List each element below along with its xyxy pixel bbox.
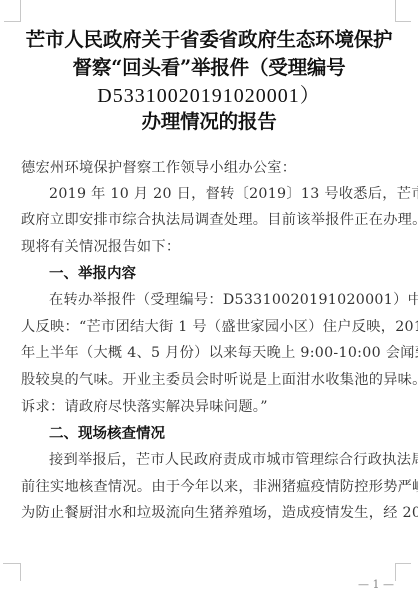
crop-mark-bottom-right-v — [395, 563, 396, 581]
crop-mark-bottom-left-v — [20, 563, 21, 581]
section2-line: 为防止餐厨泔水和垃圾流向生猪养殖场，造成疫情发生，经 2019 — [21, 502, 397, 522]
section-heading-1: 一、举报内容 — [49, 262, 136, 283]
intro-line: 现将有关情况报告如下： — [21, 236, 397, 256]
section-heading-2: 二、现场核查情况 — [49, 422, 165, 443]
section1-line: 人反映：“芒市团结大街 1 号（盛世家园小区）住户反映，2019 — [21, 316, 397, 336]
section1-line: 股较臭的气味。开业主委员会时听说是上面泔水收集池的异味。 — [21, 369, 397, 389]
document-title-line-2: 督察“回头看”举报件（受理编号 — [0, 52, 418, 80]
crop-mark-top-right-h — [395, 21, 411, 22]
salutation: 德宏州环境保护督察工作领导小组办公室： — [21, 157, 397, 177]
section1-line: 在转办举报件（受理编号：D53310020191020001）中，来电 — [49, 289, 396, 309]
section1-line: 年上半年（大概 4、5 月份）以来每天晚上 9:00-10:00 会闻到一 — [21, 342, 397, 362]
document-title-line-1: 芒市人民政府关于省委省政府生态环境保护 — [0, 24, 418, 52]
crop-mark-bottom-left-h — [3, 563, 21, 564]
crop-mark-top-right-v — [395, 0, 396, 21]
section1-line: 诉求：请政府尽快落实解决异味问题。” — [21, 396, 397, 416]
document-title-line-3: D53310020191020001） — [0, 79, 418, 108]
crop-mark-bottom-right-h — [395, 563, 411, 564]
intro-line: 2019 年 10 月 20 日，督转〔2019〕13 号收悉后，芒市人民 — [49, 183, 396, 203]
section2-line: 前往实地核查情况。由于今年以来，非洲猪瘟疫情防控形势严峻， — [21, 476, 397, 496]
section2-line: 接到举报后，芒市人民政府责成市城市管理综合行政执法局 — [49, 449, 396, 469]
page-number: — 1 — — [358, 578, 394, 591]
crop-mark-top-left-h — [4, 21, 21, 22]
crop-mark-top-left-v — [20, 0, 21, 21]
intro-line: 政府立即安排市综合执法局调查处理。目前该举报件正在办理。 — [21, 209, 397, 229]
document-title-line-4: 办理情况的报告 — [0, 106, 418, 134]
